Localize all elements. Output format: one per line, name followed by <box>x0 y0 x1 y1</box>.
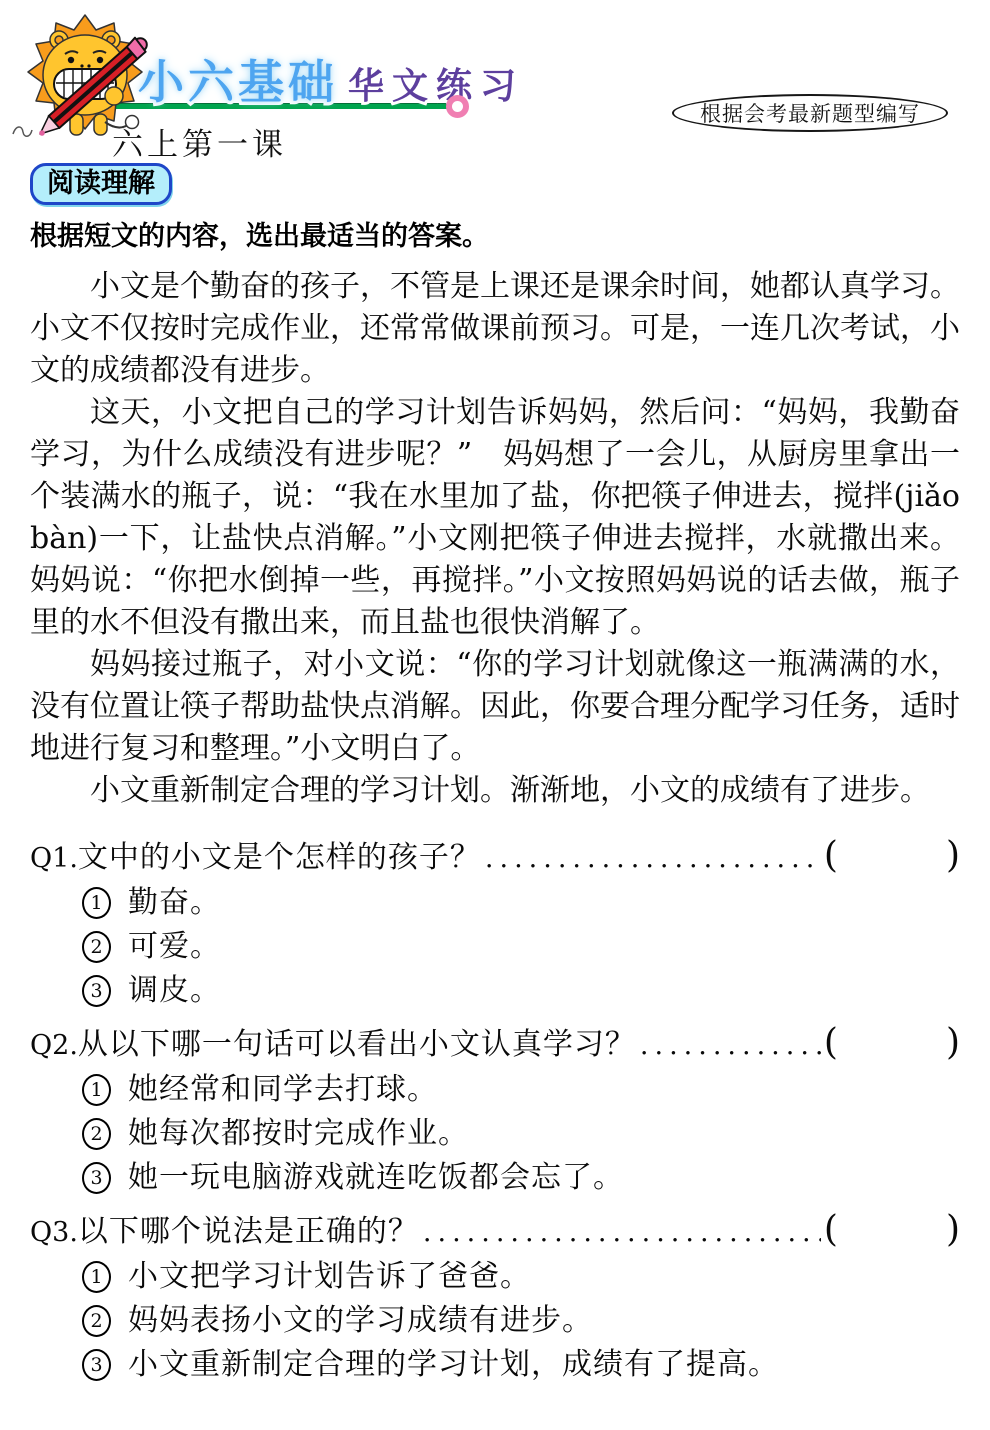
option-row: 2 可爱。 <box>82 925 960 969</box>
option-label: 调皮。 <box>128 969 221 1013</box>
dot-leader: ........................................… <box>485 837 821 881</box>
question-line: Q3. 以下哪个说法是正确的？ ........................… <box>30 1208 960 1255</box>
option-row: 3 她一玩电脑游戏就连吃饭都会忘了。 <box>82 1156 960 1200</box>
passage-paragraph: 妈妈接过瓶子，对小文说：“你的学习计划就像这一瓶满满的水，没有位置让筷子帮助盐快… <box>30 644 960 770</box>
dot-leader: ........................................… <box>423 1211 821 1255</box>
option-label: 妈妈表扬小文的学习成绩有进步。 <box>128 1299 593 1343</box>
answer-paren-close: ) <box>946 1021 960 1065</box>
option-row: 1 勤奋。 <box>82 881 960 925</box>
option-label: 她一玩电脑游戏就连吃饭都会忘了。 <box>128 1156 624 1200</box>
question-block: Q1. 文中的小文是个怎样的孩子？ ......................… <box>30 834 960 1013</box>
series-title: 小六基础 <box>138 55 338 109</box>
ring-decoration-icon <box>446 95 469 118</box>
answer-paren-open: ( <box>824 1021 838 1065</box>
option-list: 1 她经常和同学去打球。 2 她每次都按时完成作业。 3 她一玩电脑游戏就连吃饭… <box>30 1068 960 1200</box>
option-label: 勤奋。 <box>128 881 221 925</box>
option-label: 小文重新制定合理的学习计划，成绩有了提高。 <box>128 1343 779 1387</box>
option-list: 1 勤奋。 2 可爱。 3 调皮。 <box>30 881 960 1013</box>
option-circled-number-icon: 3 <box>82 1162 111 1194</box>
option-circled-number-icon: 1 <box>82 1261 111 1293</box>
passage-paragraph: 小文重新制定合理的学习计划。渐渐地，小文的成绩有了进步。 <box>30 770 960 812</box>
question-number: Q2. <box>30 1024 78 1068</box>
option-label: 可爱。 <box>128 925 221 969</box>
section-label: 阅读理解 <box>30 163 172 205</box>
question-number: Q3. <box>30 1211 78 1255</box>
question-text: 以下哪个说法是正确的？ <box>78 1210 419 1254</box>
option-row: 2 她每次都按时完成作业。 <box>82 1112 960 1156</box>
question-text: 文中的小文是个怎样的孩子？ <box>78 836 481 880</box>
question-line: Q2. 从以下哪一句话可以看出小文认真学习？ .................… <box>30 1021 960 1068</box>
series-subtitle: 华文练习 <box>348 66 524 107</box>
option-circled-number-icon: 1 <box>82 1074 111 1106</box>
option-circled-number-icon: 3 <box>82 975 111 1007</box>
answer-paren-open: ( <box>824 1208 838 1252</box>
dot-leader: ........................................… <box>640 1024 821 1068</box>
passage-paragraph: 这天，小文把自己的学习计划告诉妈妈，然后问：“妈妈，我勤奋学习，为什么成绩没有进… <box>30 392 960 644</box>
option-label: 她每次都按时完成作业。 <box>128 1112 469 1156</box>
option-circled-number-icon: 1 <box>82 887 111 919</box>
questions: Q1. 文中的小文是个怎样的孩子？ ......................… <box>30 834 960 1387</box>
option-list: 1 小文把学习计划告诉了爸爸。 2 妈妈表扬小文的学习成绩有进步。 3 小文重新… <box>30 1255 960 1387</box>
question-number: Q1. <box>30 837 78 881</box>
question-text: 从以下哪一句话可以看出小文认真学习？ <box>78 1023 636 1067</box>
option-row: 3 小文重新制定合理的学习计划，成绩有了提高。 <box>82 1343 960 1387</box>
question-block: Q3. 以下哪个说法是正确的？ ........................… <box>30 1208 960 1387</box>
instruction-text: 根据短文的内容，选出最适当的答案。 <box>30 214 960 253</box>
option-circled-number-icon: 2 <box>82 1305 111 1337</box>
edition-badge: 根据会考最新题型编写 <box>672 94 948 132</box>
option-row: 3 调皮。 <box>82 969 960 1013</box>
answer-paren-close: ) <box>946 1208 960 1252</box>
option-row: 1 小文把学习计划告诉了爸爸。 <box>82 1255 960 1299</box>
question-block: Q2. 从以下哪一句话可以看出小文认真学习？ .................… <box>30 1021 960 1200</box>
option-label: 她经常和同学去打球。 <box>128 1068 438 1112</box>
answer-paren-close: ) <box>946 834 960 878</box>
option-circled-number-icon: 3 <box>82 1349 111 1381</box>
option-row: 1 她经常和同学去打球。 <box>82 1068 960 1112</box>
answer-paren-open: ( <box>824 834 838 878</box>
lion-mascot-icon <box>10 12 162 138</box>
worksheet-body: 根据短文的内容，选出最适当的答案。 小文是个勤奋的孩子，不管是上课还是课余时间，… <box>30 214 960 1387</box>
option-row: 2 妈妈表扬小文的学习成绩有进步。 <box>82 1299 960 1343</box>
option-label: 小文把学习计划告诉了爸爸。 <box>128 1255 531 1299</box>
question-line: Q1. 文中的小文是个怎样的孩子？ ......................… <box>30 834 960 881</box>
worksheet-page: 小六基础华文练习 根据会考最新题型编写 六上第一课 阅读理解 根据短文的内容，选… <box>0 0 990 1430</box>
passage-paragraph: 小文是个勤奋的孩子，不管是上课还是课余时间，她都认真学习。小文不仅按时完成作业，… <box>30 266 960 392</box>
option-circled-number-icon: 2 <box>82 931 111 963</box>
option-circled-number-icon: 2 <box>82 1118 111 1150</box>
passage: 小文是个勤奋的孩子，不管是上课还是课余时间，她都认真学习。小文不仅按时完成作业，… <box>30 266 960 812</box>
